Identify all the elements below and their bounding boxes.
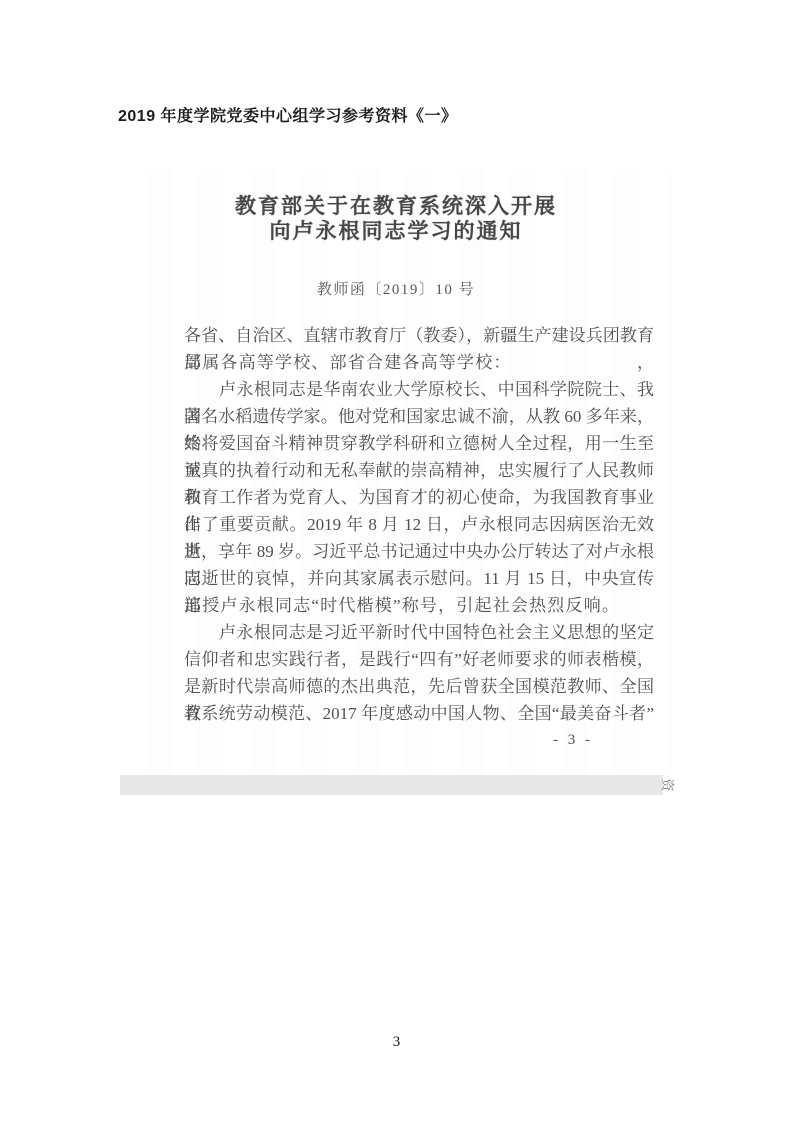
notice-body-line: 卢永根同志是华南农业大学原校长、中国科学院院士、我国: [184, 376, 654, 403]
notice-body-line: 是新时代崇高师德的杰出典范，先后曾获全国模范教师、全国教: [184, 673, 654, 700]
notice-title: 教育部关于在教育系统深入开展 向卢永根同志学习的通知: [120, 194, 672, 244]
notice-body-line: 追授卢永根同志“时代楷模”称号，引起社会热烈反响。: [184, 592, 654, 619]
notice-body-line: 信仰者和忠实践行者，是践行“四有”好老师要求的师表楷模，: [184, 646, 654, 673]
notice-body-line: 至真的执着行动和无私奉献的崇高精神，忠实履行了人民教师和: [184, 457, 654, 484]
notice-body: 各省、自治区、直辖市教育厅（教委），新疆生产建设兵团教育局， 部属各高等学校、部…: [184, 322, 654, 727]
page-header-title: 2019 年度学院党委中心组学习参考资料《一》: [118, 103, 458, 126]
notice-title-line-1: 教育部关于在教育系统深入开展: [120, 194, 672, 219]
notice-body-line: 育系统劳动模范、2017 年度感动中国人物、全国“最美奋斗者”: [184, 700, 654, 727]
horizontal-scrollbar-track[interactable]: [120, 775, 663, 795]
notice-body-line: 各省、自治区、直辖市教育厅（教委），新疆生产建设兵团教育局，: [184, 322, 654, 349]
scanned-notice-image: 教育部关于在教育系统深入开展 向卢永根同志学习的通知 教师函〔2019〕10 号…: [120, 170, 672, 775]
notice-body-line: 终将爱国奋斗精神贯穿教学科研和立德树人全过程，用一生至诚: [184, 430, 654, 457]
notice-body-line: 教育工作者为党育人、为国育才的初心使命，为我国教育事业作: [184, 484, 654, 511]
notice-body-line: 著名水稻遗传学家。他对党和国家忠诚不渝，从教 60 多年来，始: [184, 403, 654, 430]
document-page: 2019 年度学院党委中心组学习参考资料《一》 教育部关于在教育系统深入开展 向…: [0, 0, 793, 1122]
rotated-text-artifact: 资: [659, 777, 675, 793]
page-number-footer: 3: [0, 1034, 793, 1051]
notice-page-number: - 3 -: [553, 727, 593, 754]
notice-document-number: 教师函〔2019〕10 号: [120, 278, 672, 299]
notice-body-line: 卢永根同志是习近平新时代中国特色社会主义思想的坚定: [184, 619, 654, 646]
notice-body-line: 志逝世的哀悼，并向其家属表示慰问。11 月 15 日，中央宣传部: [184, 565, 654, 592]
notice-body-line: 出了重要贡献。2019 年 8 月 12 日，卢永根同志因病医治无效逝: [184, 511, 654, 538]
notice-body-line: 世，享年 89 岁。习近平总书记通过中央办公厅转达了对卢永根同: [184, 538, 654, 565]
notice-title-line-2: 向卢永根同志学习的通知: [120, 219, 672, 244]
